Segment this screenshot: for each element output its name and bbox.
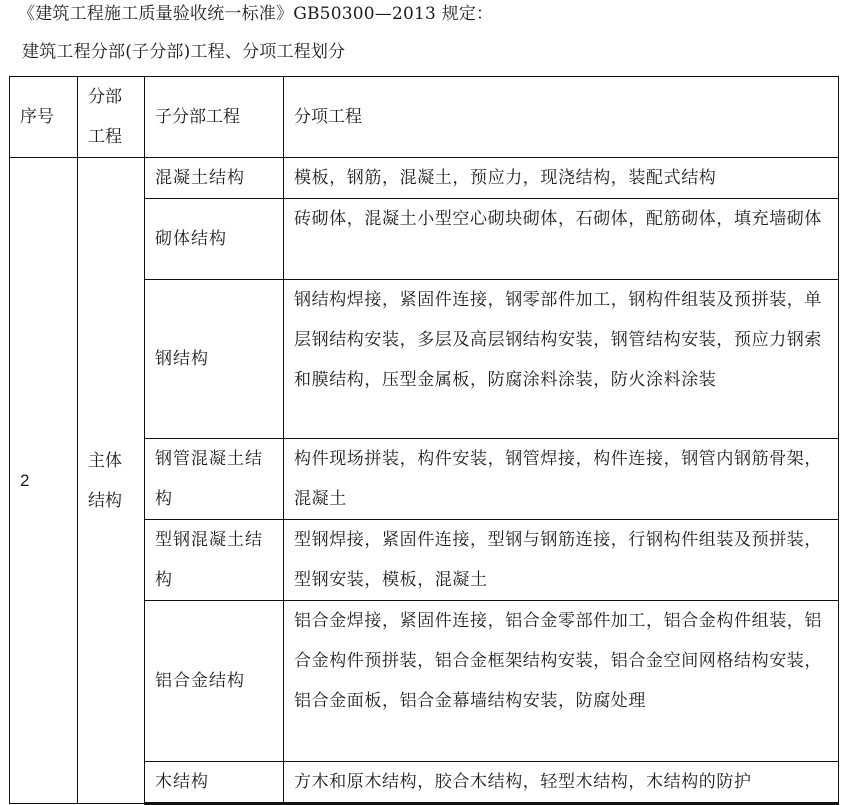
items-cell: 模板，钢筋，混凝土，预应力，现浇结构，装配式结构 <box>284 158 839 199</box>
header-subdivision: 子分部工程 <box>145 77 284 158</box>
intro-table-caption: 建筑工程分部(子分部)工程、分项工程划分 <box>22 40 345 64</box>
items-cell: 钢结构焊接，紧固件连接，钢零部件加工，钢构件组装及预拼装，单层钢结构安装，多层及… <box>284 280 839 439</box>
division-line1: 主体 <box>88 451 122 471</box>
subdivision-cell: 钢管混凝土结构 <box>145 439 284 520</box>
subdivision-cell: 木结构 <box>145 762 284 804</box>
items-cell: 铝合金焊接，紧固件连接，铝合金零部件加工，铝合金构件组装，铝合金构件预拼装，铝合… <box>284 601 839 762</box>
subdivision-cell: 型钢混凝土结构 <box>145 520 284 601</box>
table-row: 2 主体结构 混凝土结构 模板，钢筋，混凝土，预应力，现浇结构，装配式结构 <box>10 158 839 199</box>
division-cell: 主体结构 <box>78 158 145 804</box>
subdivision-cell: 铝合金结构 <box>145 601 284 762</box>
subdivision-cell: 砌体结构 <box>145 199 284 280</box>
items-cell: 砖砌体，混凝土小型空心砌块砌体，石砌体，配筋砌体，填充墙砌体 <box>284 199 839 280</box>
table-header-row: 序号 分部工程 子分部工程 分项工程 <box>10 77 839 158</box>
division-line2: 结构 <box>88 491 122 511</box>
items-cell: 型钢焊接，紧固件连接，型钢与钢筋连接，行钢构件组装及预拼装，型钢安装，模板，混凝… <box>284 520 839 601</box>
subdivision-cell: 混凝土结构 <box>145 158 284 199</box>
items-cell: 方木和原木结构，胶合木结构，轻型木结构，木结构的防护 <box>284 762 839 804</box>
header-division-line2: 工程 <box>88 127 122 147</box>
items-cell: 构件现场拼装，构件安装，钢管焊接，构件连接，钢管内钢筋骨架，混凝土 <box>284 439 839 520</box>
subdivision-cell: 钢结构 <box>145 280 284 439</box>
intro-standard-reference: 《建筑工程施工质量验收统一标准》GB50300—2013 规定： <box>18 2 493 26</box>
header-items: 分项工程 <box>284 77 839 158</box>
header-division: 分部工程 <box>78 77 145 158</box>
header-seq: 序号 <box>10 77 78 158</box>
seq-cell: 2 <box>10 158 78 804</box>
division-table: 序号 分部工程 子分部工程 分项工程 2 主体结构 混凝土结构 模板，钢筋，混凝… <box>9 76 839 805</box>
header-division-line1: 分部 <box>88 87 122 107</box>
